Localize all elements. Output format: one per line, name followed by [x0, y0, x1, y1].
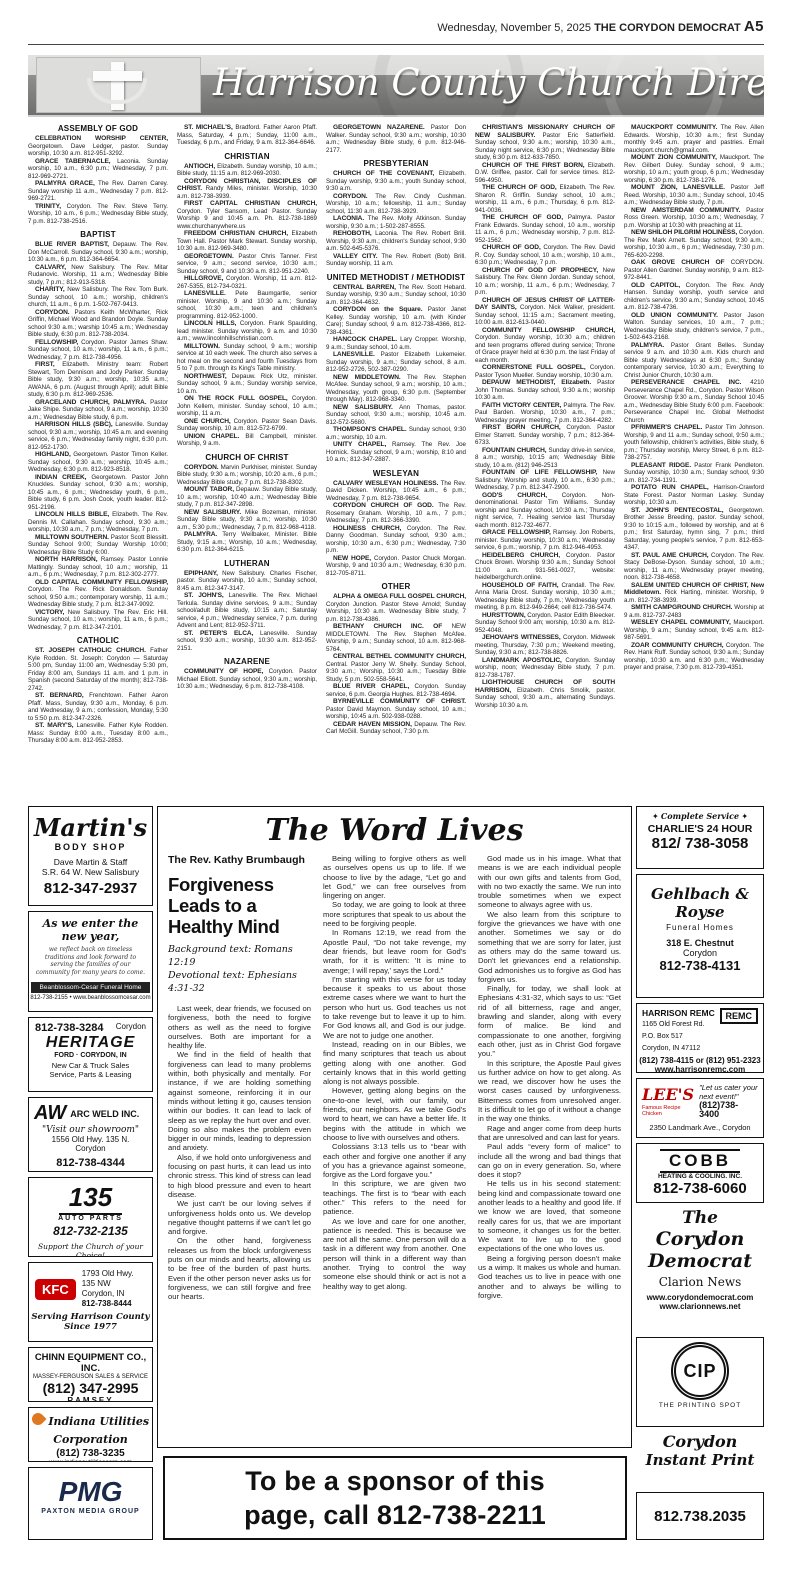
church-entry: MOUNT TABOR, Depauw. Sunday Bible study,…	[177, 486, 317, 509]
sponsor-line2: page, call 812-738-2211	[165, 1498, 625, 1532]
ad-135-auto-parts: 135 AUTO PARTS 812-732-2135 Support the …	[28, 1177, 153, 1257]
church-entry: ALPHA & OMEGA FULL GOSPEL CHURCH, Corydo…	[326, 593, 466, 623]
church-entry: ANTIOCH, Elizabeth. Sunday worship, 10 a…	[177, 163, 317, 178]
church-entry: BLUE RIVER CHAPEL, Corydon. Sunday servi…	[326, 683, 466, 698]
ad-instant-print-phone: 812.738.2035	[636, 1492, 764, 1540]
arcweld-name: ARC WELD INC.	[70, 1109, 139, 1119]
ad-arc-weld: AW ARC WELD INC. "Visit our showroom" 15…	[28, 1097, 153, 1172]
church-entry: NORTH HARRISON, Ramsey. Pastor Lonnie Ma…	[28, 556, 168, 579]
article-paragraph: Being a forgiving person doesn't make us…	[478, 1254, 621, 1300]
lees-phone: (812)738-3400	[699, 1100, 738, 1119]
church-entry: CORYDON. Marvin Purkhiser, minister. Sun…	[177, 464, 317, 487]
church-entry: LINCOLN HILLS BIBLE, Elizabeth. The Rev.…	[28, 511, 168, 534]
church-entry: THOMPSON'S CHAPEL. Sunday school, 9:30 a…	[326, 426, 466, 441]
church-entry: LIGHTHOUSE CHURCH OF SOUTH HARRISON, Eli…	[475, 679, 615, 709]
church-entry: FELLOWSHIP, Corydon. Pastor James Shaw. …	[28, 339, 168, 362]
kfc-tag1: Serving Harrison County	[29, 1312, 152, 1322]
kfc-logo: KFC	[35, 1279, 76, 1300]
indiana-utilities-phone: (812) 738-3235	[29, 1448, 152, 1459]
church-entry: GEORGETOWN. Pastor Chris Tanner. First s…	[177, 253, 317, 276]
charlies-phone: 812/ 738-3058	[637, 835, 763, 852]
church-entry: HARRISON HILLS (SBC), Lanesville. Sunday…	[28, 421, 168, 451]
remc-logo: REMC	[720, 1008, 759, 1024]
funeral-script2: Royse	[637, 903, 763, 921]
directory-column-1: ASSEMBLY OF GODCELEBRATION WORSHIP CENTE…	[28, 124, 168, 806]
remc-phone: (812) 738-4115 or (812) 951-2323	[637, 1056, 763, 1065]
article-headline: Forgiveness Leads to a Healthy Mind	[168, 874, 311, 937]
lees-tagline: "Let us cater your next event!"	[699, 1083, 758, 1101]
chinn-phone: (812) 347-2995	[29, 1380, 152, 1396]
article-paragraph: Last week, dear friends, we focused on f…	[168, 1004, 311, 1050]
church-entry: ST. JOSEPH CATHOLIC CHURCH. Father Kyle …	[28, 647, 168, 692]
church-entry: BETHANY CHURCH INC. OF NEW MIDDLETOWN. T…	[326, 623, 466, 653]
cross-graphic	[36, 57, 201, 113]
denomination-header: OTHER	[326, 582, 466, 591]
beanblossom-contact: 812-738-2155 • www.beanblossomcesar.com	[29, 995, 152, 1003]
church-entry: MILLTOWN SOUTHERN. Pastor Scott Blessitt…	[28, 534, 168, 557]
ad-paxton-media-group: PMG PAXTON MEDIA GROUP	[28, 1467, 153, 1540]
church-entry: CHRISTIAN'S MISSIONARY CHURCH OF NEW SAL…	[475, 124, 615, 162]
denomination-header: UNITED METHODIST / METHODIST	[326, 273, 466, 282]
church-entry: COMMUNITY FELLOWSHIP CHURCH, Corydon. Su…	[475, 327, 615, 365]
remc-addr3: Corydon, IN 47112	[642, 1045, 700, 1052]
church-entry: ONE CHURCH, Corydon. Pastor Sean Davis. …	[177, 418, 317, 433]
heritage-phone: 812-738-3284	[35, 1022, 104, 1034]
page-masthead: Wednesday, November 5, 2025 THE CORYDON …	[437, 18, 764, 35]
kfc-addr2: Corydon, IN	[82, 1289, 125, 1298]
church-entry: THE CHURCH OF GOD, Palmyra. Pastor Frank…	[475, 214, 615, 244]
church-entry: NEW SALISBURY. Mike Bozeman, minister. S…	[177, 509, 317, 532]
heritage-tag2: Service, Parts & Leasing	[29, 1070, 152, 1079]
church-entry: GRACE TABERNACLE, Laconia. Sunday worshi…	[28, 158, 168, 181]
article-paragraph: Finally, for today, we shall look at Eph…	[478, 984, 621, 1058]
parts135-sub: AUTO PARTS	[29, 1215, 152, 1222]
article-paragraph: So today, we are going to look at three …	[323, 900, 466, 928]
church-entry: MOUNT ZION COMMUNITY, Mauckport. The Rev…	[624, 154, 764, 184]
church-entry: CALVARY, New Salisbury. The Rev. Mitar R…	[28, 264, 168, 287]
church-entry: NEW SHILOH PILGRIM HOLINESS, Corydon. Th…	[624, 229, 764, 259]
martins-line1: Dave Martin & Staff	[29, 857, 152, 867]
article-paragraph: We also learn from this scripture to for…	[478, 910, 621, 984]
arcweld-phone: 812-738-4344	[56, 1157, 125, 1169]
ad-heritage-ford: 812-738-3284 Corydon HERITAGE FORD · COR…	[28, 1017, 153, 1092]
article-paragraph: I'm starting with this verse for us toda…	[323, 975, 466, 1040]
banner-title: Harrison County Church Directory	[213, 61, 758, 117]
arcweld-tagline: "Visit our showroom"	[29, 1125, 152, 1135]
church-entry: HANCOCK CHAPEL. Lary Cropper. Worship, 9…	[326, 336, 466, 351]
gear-icon: ✦	[741, 812, 748, 821]
ad-cobb-heating: COBB HEATING & COOLING. INC. 812-738-606…	[636, 1143, 764, 1203]
sponsor-line1: To be a sponsor of this	[165, 1464, 625, 1498]
church-entry: FREEDOM CHRISTIAN CHURCH, Elizabeth Town…	[177, 230, 317, 253]
corydon-instant-print-label: Corydon Instant Print	[636, 1432, 764, 1469]
church-entry: CORYDON CHRISTIAN, DISCIPLES OF CHRIST. …	[177, 178, 317, 201]
church-entry: CORYDON. The Rev. Cindy Cushman. Worship…	[326, 193, 466, 216]
church-entry: MOUNT ZION, LANESVILLE. Pastor Jeff Reed…	[624, 184, 764, 207]
instant-print-name2: Instant Print	[636, 1451, 764, 1469]
kfc-addr1: 1793 Old Hwy. 135 NW	[82, 1269, 134, 1288]
church-entry: POTATO RUN CHAPEL, Harrison-Crawford Sta…	[624, 484, 764, 507]
church-entry: VALLEY CITY. The Rev. Robert (Bob) Brill…	[326, 253, 466, 268]
church-entry: ST. BERNARD, Frenchtown. Father Aaron Pf…	[28, 692, 168, 722]
drape-ornament	[87, 78, 147, 104]
church-entry: EPIPHANY, New Salisbury. Charles Fischer…	[177, 570, 317, 593]
parts135-phone: 812-732-2135	[53, 1224, 128, 1238]
remc-addr2: P.O. Box 517	[642, 1033, 683, 1040]
church-entry: LANESVILLE. Pete Baumgartle, senior mini…	[177, 290, 317, 320]
directory-column-2: ST. MICHAEL'S, Bradford. Father Aaron Pf…	[177, 124, 317, 806]
martins-phone: 812-347-2937	[29, 880, 152, 897]
church-entry: HIGHLAND, Georgetown. Pastor Timon Kelle…	[28, 451, 168, 474]
denomination-header: WESLEYAN	[326, 469, 466, 478]
cobb-name: COBB	[660, 1149, 740, 1173]
denomination-header: BAPTIST	[28, 230, 168, 239]
instant-print-name1: Corydon	[636, 1432, 764, 1451]
martins-line2: S.R. 64 W. New Salisbury	[29, 867, 152, 877]
flame-icon	[29, 1411, 46, 1428]
ad-funeral-home-right: Gehlbach & Royse Funeral Homes 318 E. Ch…	[636, 874, 764, 998]
church-entry: SMITH CAMPGROUND CHURCH. Worship at 9 a.…	[624, 604, 764, 619]
paper-name: THE CORYDON DEMOCRAT	[594, 22, 741, 34]
church-entry: UNION CHAPEL. Bill Campbell, minister. W…	[177, 433, 317, 448]
church-entry: INDIAN CREEK, Georgetown. Pastor John Kn…	[28, 474, 168, 512]
church-entry: LACONIA. The Rev. Molly Atkinson. Sunday…	[326, 215, 466, 230]
church-entry: CEDAR HAVEN MISSION, Depauw. The Rev. Ca…	[326, 721, 466, 736]
church-entry: NORTHWEST, Depauw. Rick Utz, minister. S…	[177, 373, 317, 396]
church-entry: ZOAR COMMUNITY CHURCH, Corydon. The Rev.…	[624, 642, 764, 672]
chinn-city: RAMSEY	[29, 1396, 152, 1402]
church-entry: HOUSEHOLD OF FAITH, Crandall. The Rev. A…	[475, 582, 615, 612]
church-entry: LINCOLN HILLS, Corydon. Frank Spaulding,…	[177, 320, 317, 343]
parts135-logo: 135	[59, 1182, 122, 1215]
article-paragraph: Also, if we hold onto unforgiveness and …	[168, 1153, 311, 1199]
ad-harrison-remc: HARRISON REMC 1165 Old Forest Rd. P.O. B…	[636, 1003, 764, 1073]
article-paragraph: We find in the field of health that forg…	[168, 1050, 311, 1152]
remc-addr1: 1165 Old Forest Rd.	[642, 1021, 705, 1028]
lees-logo: LEE'S	[642, 1085, 694, 1104]
denomination-header: NAZARENE	[177, 657, 317, 666]
church-entry: OLD UNION COMMUNITY. Pastor Jason Walton…	[624, 312, 764, 342]
funeral-addr: 318 E. Chestnut	[637, 938, 763, 948]
church-entry: CORNERSTONE FULL GOSPEL, Corydon. Pastor…	[475, 364, 615, 379]
ad-beanblossom-cesar: As we enter the new year, we reflect bac…	[28, 911, 153, 1012]
church-entry: VICTORY, New Salisbury. The Rev. Eric Hi…	[28, 609, 168, 632]
lees-sub: Famous Recipe Chicken	[642, 1105, 694, 1117]
header-rule	[28, 44, 764, 45]
church-entry: CORYDON. Pastors Keith McWharter, Rick G…	[28, 309, 168, 339]
church-entry: GRACE FELLOWSHIP, Ramsey. Jon Roberts, m…	[475, 529, 615, 552]
denomination-header: CHURCH OF CHRIST	[177, 453, 317, 462]
article-paragraph: In Romans 12:19, we read from the Apostl…	[323, 928, 466, 974]
denomination-header: CATHOLIC	[28, 636, 168, 645]
church-entry: ST. MARY'S, Lanesville. Father Kyle Rodd…	[28, 722, 168, 745]
charlies-name: CHARLIE'S 24 HOUR	[637, 823, 763, 835]
scripture-references: Background text: Romans 12:19 Devotional…	[168, 943, 311, 995]
church-entry: CHURCH OF JESUS CHRIST OF LATTER-DAY SAI…	[475, 297, 615, 327]
cip-caption: THE PRINTING SPOT	[637, 1402, 763, 1409]
church-entry: CHARITY, New Salisbury. The Rev. Tom Bur…	[28, 286, 168, 309]
heritage-city: Corydon	[116, 1022, 146, 1034]
ad-corydon-democrat: The Corydon Democrat Clarion News www.co…	[636, 1208, 764, 1332]
cobb-phone: 812-738-6060	[637, 1180, 763, 1197]
devotional-text: Devotional text: Ephesians 4:31-32	[168, 969, 311, 995]
church-entry: PFRIMMER'S CHAPEL. Pastor Tim Johnson. W…	[624, 424, 764, 462]
democrat-name1: The	[636, 1208, 764, 1228]
church-entry: MILLTOWN. Sunday school, 9 a.m.; worship…	[177, 343, 317, 373]
issue-date: Wednesday, November 5, 2025	[437, 22, 591, 34]
martins-sub: BODY SHOP	[29, 842, 152, 852]
remc-web: www.harrisonremc.com	[637, 1065, 763, 1073]
church-entry: BYRNEVILLE COMMUNITY OF CHRIST. Pastor D…	[326, 698, 466, 721]
funeral-script1: Gehlbach &	[637, 885, 763, 903]
church-entry: OAK GROVE CHURCH OF CORYDON. Pastor Alle…	[624, 259, 764, 282]
background-text: Background text: Romans 12:19	[168, 943, 311, 969]
article-paragraph: Rage and anger come from deep hurts that…	[478, 1124, 621, 1143]
church-entry: ST. PETER'S ELCA, Lanesville. Sunday sch…	[177, 630, 317, 653]
church-entry: CORYDON CHURCH OF GOD. The Rev. Rosemary…	[326, 502, 466, 525]
remc-name: HARRISON REMC	[642, 1008, 715, 1018]
article-paragraph: Colossians 3:13 tells us to “bear with e…	[323, 1142, 466, 1179]
church-entry: CHURCH OF THE COVENANT, Elizabeth. Sunda…	[326, 170, 466, 193]
church-entry: ST. JOHN'S PENTECOSTAL, Georgetown. Brot…	[624, 507, 764, 552]
kfc-phone: 812-738-8444	[82, 1299, 132, 1308]
lees-addr: 2350 Landmark Ave., Corydon	[637, 1123, 763, 1132]
church-entry: NEW HOPE, Corydon. Pastor Chuck Morgan. …	[326, 555, 466, 578]
heritage-logo: HERITAGE	[29, 1034, 152, 1052]
church-entry: CORYDON on the Square. Pastor Janet Kell…	[326, 306, 466, 336]
indiana-utilities-name2: Corporation	[53, 1433, 127, 1446]
funeral-sub: Funeral Homes	[637, 923, 763, 932]
church-entry: LANDMARK APOSTOLIC, Corydon. Sunday wors…	[475, 657, 615, 680]
funeral-city: Corydon	[637, 948, 763, 958]
church-entry: ST. MICHAEL'S, Bradford. Father Aaron Pf…	[177, 124, 317, 147]
church-entry: CHURCH OF GOD, Corydon. The Rev. David R…	[475, 244, 615, 267]
church-entry: PERSEVERANCE CHAPEL INC. 4210 Perseveran…	[624, 379, 764, 424]
church-entry: FIRST, Elizabeth. Ministry team: Robert …	[28, 361, 168, 399]
church-entry: FOUNTAIN CHURCH, Sunday drive-in service…	[475, 447, 615, 470]
democrat-name2: Corydon	[636, 1228, 764, 1250]
kfc-tag2: Since 1977	[29, 1322, 152, 1332]
church-entry: CALVARY WESLEYAN HOLINESS. The Rev. Davi…	[326, 480, 466, 503]
church-entry: REHOBOTH, Laconia. The Rev. Robert Brill…	[326, 230, 466, 253]
denomination-header: LUTHERAN	[177, 559, 317, 568]
church-directory-banner: Harrison County Church Directory	[28, 55, 764, 117]
clarion-news-name: Clarion News	[636, 1275, 764, 1289]
church-entry: CHURCH OF GOD OF PROPHECY, New Salisbury…	[475, 267, 615, 297]
church-entry: ON THE ROCK FULL GOSPEL, Corydon. John K…	[177, 395, 317, 418]
denomination-header: PRESBYTERIAN	[326, 159, 466, 168]
newyear-body: we reflect back on timeless traditions a…	[29, 943, 152, 979]
church-entry: CELEBRATION WORSHIP CENTER, Georgetown. …	[28, 135, 168, 158]
ad-indiana-utilities: Indiana Utilities Corporation (812) 738-…	[28, 1407, 153, 1462]
charlies-header: Complete Service	[661, 811, 739, 821]
ad-chinn-equipment: CHINN EQUIPMENT CO., INC. MASSEY-FERGUSO…	[28, 1347, 153, 1402]
church-entry: OLD CAPITAL COMMUNITY FELLOWSHIP, Corydo…	[28, 579, 168, 609]
church-entry: TRINITY, Corydon. The Rev. Steve Terry. …	[28, 203, 168, 226]
church-entry: GRACELAND CHURCH, PALMYRA. Pastor Jake S…	[28, 399, 168, 422]
church-entry: GEORGETOWN NAZARENE. Pastor Don Walker. …	[326, 124, 466, 154]
church-entry: FIRST BORN CHURCH, Corydon. Pastor Elmer…	[475, 424, 615, 447]
church-entry: MAUCKPORT COMMUNITY. The Rev. Allen Edwa…	[624, 124, 764, 154]
article-paragraph: On the other hand, forgiveness releases …	[168, 1236, 311, 1301]
church-entry: JEHOVAH'S WITNESSES, Corydon. Midweek me…	[475, 634, 615, 657]
page-number: A5	[744, 18, 764, 35]
ad-lees-chicken: LEE'S Famous Recipe Chicken "Let us cate…	[636, 1078, 764, 1138]
church-entry: LANESVILLE. Pastor Elizabeth Lukemeier. …	[326, 351, 466, 374]
newspaper-page: Wednesday, November 5, 2025 THE CORYDON …	[0, 0, 792, 1584]
church-entry: HEIDELBERG CHURCH, Corydon. Pastor Chuck…	[475, 552, 615, 582]
church-entry: FIRST CAPITAL CHRISTIAN CHURCH, Corydon.…	[177, 200, 317, 230]
article-box-title: The Word Lives	[168, 813, 621, 848]
ad-cip: CIP THE PRINTING SPOT	[636, 1337, 764, 1427]
indiana-utilities-name1: Indiana Utilities	[48, 1415, 149, 1428]
article-byline: The Rev. Kathy Brumbaugh	[168, 854, 311, 866]
article-paragraph: He tells us in his second statement: bei…	[478, 1179, 621, 1253]
instant-print-phone: 812.738.2035	[654, 1508, 746, 1525]
arcweld-addr2: Corydon	[29, 1144, 152, 1153]
church-entry: NEW SALISBURY. Ann Thomas, pastor. Sunda…	[326, 404, 466, 427]
gear-icon: ✦	[652, 812, 659, 821]
chinn-name: CHINN EQUIPMENT CO., INC.	[29, 1352, 152, 1374]
church-entry: CENTRAL BETHEL COMMUNITY CHURCH, Central…	[326, 653, 466, 683]
heritage-ford-label: FORD · CORYDON, IN	[29, 1052, 152, 1059]
church-entry: PALMYRA. Terry Weilbaker, Minister. Bibl…	[177, 531, 317, 554]
indiana-utilities-web: www.indianautilitiescorp.com	[29, 1459, 152, 1462]
church-entry: NEW AMSTERDAM COMMUNITY. Pastor Ross Gre…	[624, 207, 764, 230]
pmg-logo: PMG	[29, 1476, 152, 1508]
church-entry: OLD CAPITOL, Corydon. The Rev. Andy Hans…	[624, 282, 764, 312]
article-paragraph: We just can't be our loving selves if un…	[168, 1199, 311, 1236]
article-paragraph: As we love and care for one another, pat…	[323, 1217, 466, 1291]
church-entry: HURSTTOWN, Corydon. Pastor Edith Bleecke…	[475, 612, 615, 635]
church-entry: THE CHURCH OF GOD, Elizabeth. The Rev. S…	[475, 184, 615, 214]
church-entry: UNITY CHAPEL, Ramsey. The Rev. Joe Horni…	[326, 441, 466, 464]
church-entry: PLEASANT RIDGE. Pastor Frank Pendleton. …	[624, 462, 764, 485]
church-entry: CENTRAL BARREN, The Rev. Scott Hebard. S…	[326, 284, 466, 307]
denomination-header: CHRISTIAN	[177, 152, 317, 161]
newyear-heading: As we enter the new year,	[29, 917, 152, 943]
directory-column-4: CHRISTIAN'S MISSIONARY CHURCH OF NEW SAL…	[475, 124, 615, 806]
democrat-name3: Democrat	[636, 1250, 764, 1272]
article-paragraph: Being willing to forgive others as well …	[323, 854, 466, 900]
church-entry: ST. JOHN'S, Lanesville. The Rev. Michael…	[177, 592, 317, 630]
church-entry: PALMYRA GRACE, The Rev. Darren Carey. Su…	[28, 180, 168, 203]
ad-martins-body-shop: Martin's BODY SHOP Dave Martin & Staff S…	[28, 806, 153, 906]
church-entry: FAITH VICTORY CENTER, Palmyra. The Rev. …	[475, 402, 615, 425]
church-entry: COMMUNITY OF HOPE, Corydon. Pastor Micha…	[177, 668, 317, 691]
parts135-tagline: Support the Church of your Choice!	[29, 1242, 152, 1257]
cip-logo: CIP	[671, 1342, 729, 1400]
article-paragraph: However, getting along begins on the one…	[323, 1086, 466, 1142]
ad-kfc: KFC 1793 Old Hwy. 135 NW Corydon, IN 812…	[28, 1262, 153, 1342]
church-entry: DEPAUW METHODIST, Elizabeth. Pastor John…	[475, 379, 615, 402]
directory-column-5: MAUCKPORT COMMUNITY. The Rev. Allen Edwa…	[624, 124, 764, 806]
article-paragraph: In this scripture, we are given two teac…	[323, 1179, 466, 1216]
article-columns: The Rev. Kathy Brumbaugh Forgiveness Lea…	[168, 854, 621, 1434]
church-entry: CHURCH OF THE FIRST BORN, Elizabeth. D.W…	[475, 162, 615, 185]
church-entry: WESLEY CHAPEL COMMUNITY, Mauckport. Wors…	[624, 619, 764, 642]
church-entry: ST. PAUL AME CHURCH, Corydon. The Rev. S…	[624, 552, 764, 582]
church-entry: HOLINESS CHURCH, Corydon. The Rev. Danny…	[326, 525, 466, 555]
democrat-web1: www.corydondemocrat.com	[636, 1293, 764, 1302]
article-paragraph: God made us in his image. What that mean…	[478, 854, 621, 910]
church-entry: SALEM UNITED CHURCH OF CHRIST, New Middl…	[624, 582, 764, 605]
heritage-tag1: New Car & Truck Sales	[29, 1061, 152, 1070]
denomination-header: ASSEMBLY OF GOD	[28, 124, 168, 133]
beanblossom-name: Beanblossom-Cesar Funeral Home	[31, 982, 150, 993]
church-entry: PALMYRA. Pastor Grant Belles. Sunday ser…	[624, 342, 764, 380]
article-paragraph: Paul adds “every form of malice” to incl…	[478, 1142, 621, 1179]
arcweld-logo: AW	[34, 1102, 66, 1125]
church-entry: HILLGROVE, Corydon. Worship, 11 a.m. 812…	[177, 275, 317, 290]
funeral-phone: 812-738-4131	[637, 958, 763, 973]
directory-column-3: GEORGETOWN NAZARENE. Pastor Don Walker. …	[326, 124, 466, 806]
democrat-web2: www.clarionnews.net	[636, 1302, 764, 1311]
article-paragraph: In this scripture, the Apostle Paul give…	[478, 1059, 621, 1124]
church-entry: BLUE RIVER BAPTIST, Depauw. The Rev. Don…	[28, 241, 168, 264]
sponsor-callout: To be a sponsor of this page, call 812-7…	[163, 1456, 627, 1540]
church-directory: ASSEMBLY OF GODCELEBRATION WORSHIP CENTE…	[28, 124, 764, 806]
arcweld-addr1: 1556 Old Hwy. 135 N.	[29, 1135, 152, 1144]
church-entry: NEW MIDDLETOWN. The Rev. Stephen McAfee.…	[326, 374, 466, 404]
word-lives-article: The Word Lives The Rev. Kathy Brumbaugh …	[157, 806, 632, 1448]
cobb-sub: HEATING & COOLING. INC.	[637, 1173, 763, 1180]
article-paragraph: Instead, reading on in our Bibles, we fi…	[323, 1040, 466, 1086]
church-entry: FOUNTAIN OF LIFE FELLOWSHIP, New Salisbu…	[475, 469, 615, 492]
pmg-name: PAXTON MEDIA GROUP	[29, 1508, 152, 1515]
martins-logo: Martin's	[29, 813, 152, 842]
church-entry: GOD'S CHURCH, Corydon. Non-denominationa…	[475, 492, 615, 530]
ad-charlies: ✦ Complete Service ✦ CHARLIE'S 24 HOUR 8…	[636, 806, 764, 869]
